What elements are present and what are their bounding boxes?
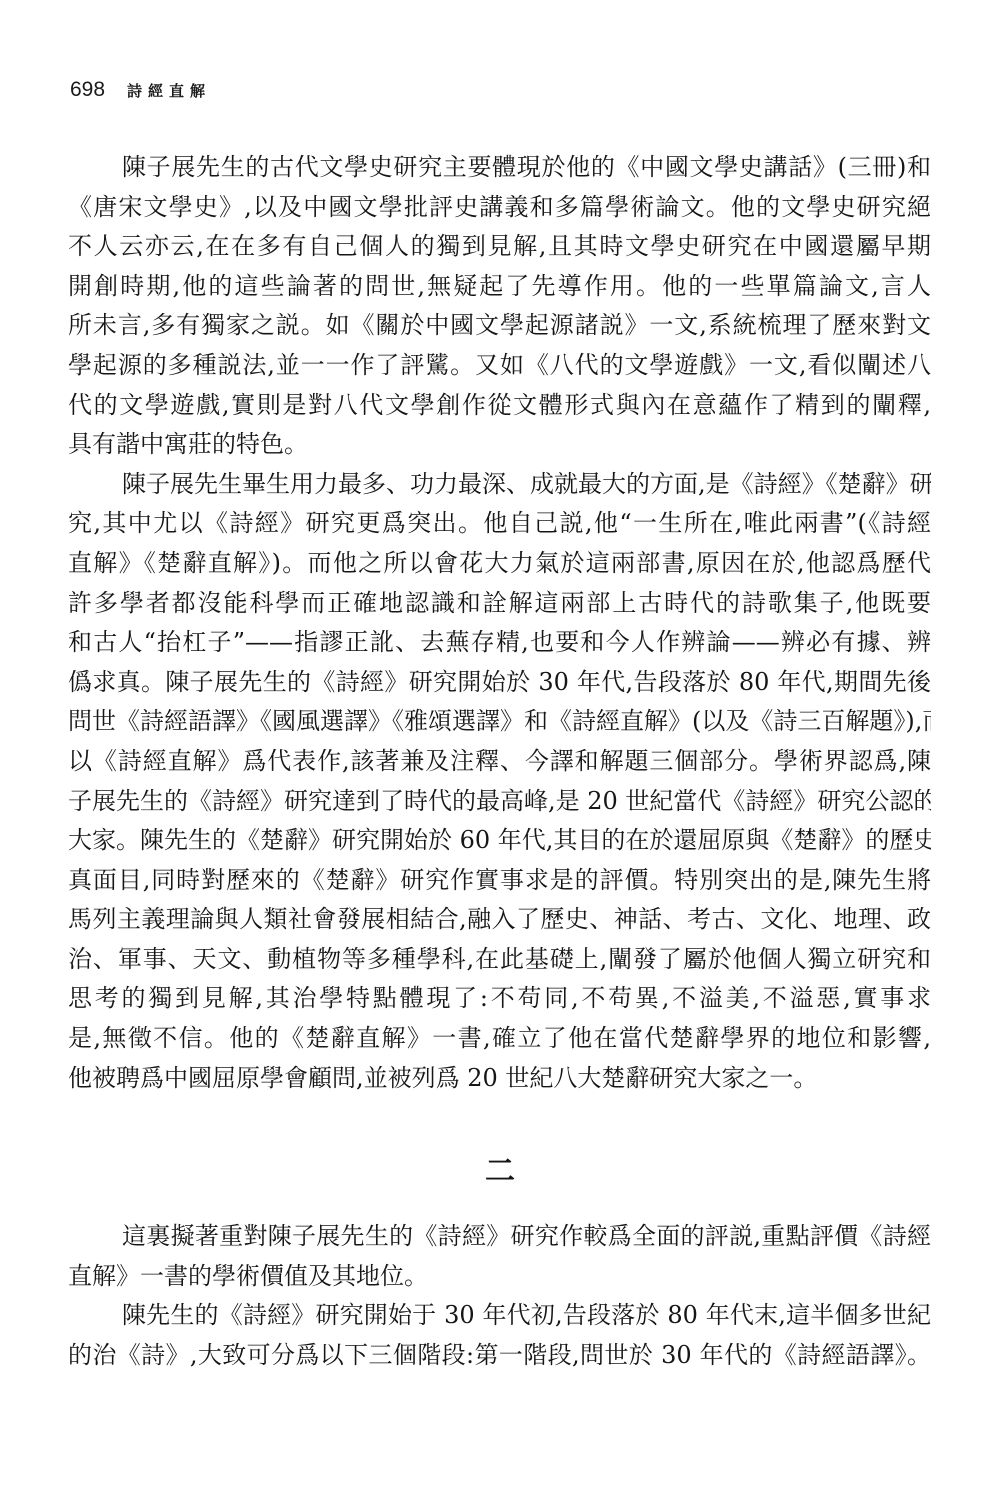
text-line: 思考的獨到見解,其治學特點體現了:不苟同,不苟異,不溢美,不溢惡,實事求	[68, 979, 931, 1019]
running-title: 詩經直解	[127, 80, 211, 101]
text-line: 這裏擬著重對陳子展先生的《詩經》研究作較爲全面的評説,重點評價《詩經	[68, 1217, 931, 1257]
paragraph: 這裏擬著重對陳子展先生的《詩經》研究作較爲全面的評説,重點評價《詩經 直解》一書…	[68, 1217, 931, 1296]
text-line: 直解》《楚辭直解》)。而他之所以會花大力氣於這兩部書,原因在於,他認爲歷代	[68, 544, 931, 584]
text-line: 直解》一書的學術價值及其地位。	[68, 1257, 931, 1297]
text-line: 《唐宋文學史》,以及中國文學批評史講義和多篇學術論文。他的文學史研究絕	[68, 188, 931, 228]
paragraph: 陳子展先生的古代文學史研究主要體現於他的《中國文學史講話》(三冊)和 《唐宋文學…	[68, 148, 931, 465]
text-line: 治、軍事、天文、動植物等多種學科,在此基礎上,闡發了屬於他個人獨立研究和	[68, 940, 931, 980]
text-line: 和古人“抬杠子”——指謬正訛、去蕪存精,也要和今人作辨論——辨必有據、辨	[68, 623, 931, 663]
text-line: 究,其中尤以《詩經》研究更爲突出。他自己説,他“一生所在,唯此兩書”(《詩經	[68, 504, 931, 544]
text-line: 代的文學遊戲,實則是對八代文學創作從文體形式與內在意蘊作了精到的闡釋,	[68, 386, 931, 426]
text-line: 以《詩經直解》爲代表作,該著兼及注釋、今譯和解題三個部分。學術界認爲,陳	[68, 742, 931, 782]
text-line: 具有諧中寓莊的特色。	[68, 425, 931, 465]
page-number: 698	[70, 78, 105, 102]
text-line: 學起源的多種説法,並一一作了評騭。又如《八代的文學遊戲》一文,看似闡述八	[68, 346, 931, 386]
text-line: 許多學者都沒能科學而正確地認識和詮解這兩部上古時代的詩歌集子,他既要	[68, 584, 931, 624]
text-line: 真面目,同時對歷來的《楚辭》研究作實事求是的評價。特別突出的是,陳先生將	[68, 861, 931, 901]
section-heading: 二	[0, 1146, 1000, 1190]
text-line: 陳先生的《詩經》研究開始于 30 年代初,告段落於 80 年代末,這半個多世紀	[68, 1296, 931, 1336]
text-line: 陳子展先生畢生用力最多、功力最深、成就最大的方面,是《詩經》《楚辭》研	[68, 465, 931, 505]
text-line: 所未言,多有獨家之説。如《關於中國文學起源諸説》一文,系統梳理了歷來對文	[68, 306, 931, 346]
text-line: 問世《詩經語譯》《國風選譯》《雅頌選譯》和《詩經直解》(以及《詩三百解題》),而	[68, 702, 931, 742]
text-line: 馬列主義理論與人類社會發展相結合,融入了歷史、神話、考古、文化、地理、政	[68, 900, 931, 940]
page-header: 698 詩經直解	[70, 78, 211, 108]
text-line: 僞求真。陳子展先生的《詩經》研究開始於 30 年代,告段落於 80 年代,期間先…	[68, 663, 931, 703]
text-line: 陳子展先生的古代文學史研究主要體現於他的《中國文學史講話》(三冊)和	[68, 148, 931, 188]
section-2-body: 這裏擬著重對陳子展先生的《詩經》研究作較爲全面的評説,重點評價《詩經 直解》一書…	[68, 1217, 931, 1375]
text-line: 的治《詩》,大致可分爲以下三個階段:第一階段,問世於 30 年代的《詩經語譯》。	[68, 1336, 931, 1376]
paragraph: 陳子展先生畢生用力最多、功力最深、成就最大的方面,是《詩經》《楚辭》研 究,其中…	[68, 465, 931, 1099]
text-line: 他被聘爲中國屈原學會顧問,並被列爲 20 世紀八大楚辭研究大家之一。	[68, 1059, 931, 1099]
paragraph: 陳先生的《詩經》研究開始于 30 年代初,告段落於 80 年代末,這半個多世紀 …	[68, 1296, 931, 1375]
section-1-body: 陳子展先生的古代文學史研究主要體現於他的《中國文學史講話》(三冊)和 《唐宋文學…	[68, 148, 931, 1098]
text-line: 子展先生的《詩經》研究達到了時代的最高峰,是 20 世紀當代《詩經》研究公認的	[68, 782, 931, 822]
text-line: 不人云亦云,在在多有自己個人的獨到見解,且其時文學史研究在中國還屬早期	[68, 227, 931, 267]
text-line: 是,無徵不信。他的《楚辭直解》一書,確立了他在當代楚辭學界的地位和影響,	[68, 1019, 931, 1059]
text-line: 大家。陳先生的《楚辭》研究開始於 60 年代,其目的在於還屈原與《楚辭》的歷史	[68, 821, 931, 861]
text-line: 開創時期,他的這些論著的問世,無疑起了先導作用。他的一些單篇論文,言人	[68, 267, 931, 307]
